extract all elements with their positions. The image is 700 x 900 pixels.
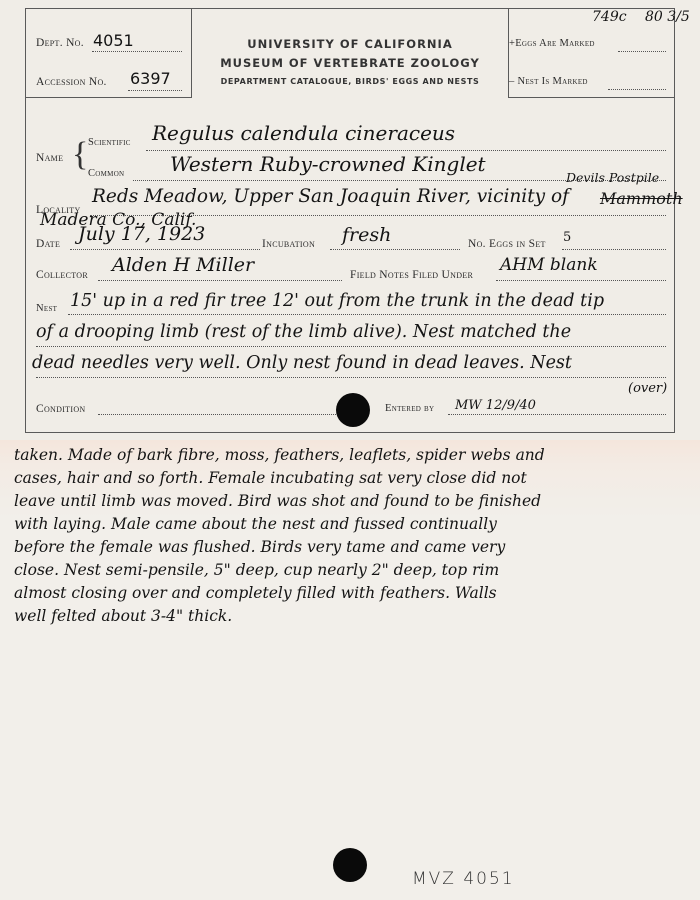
accession-no-line — [128, 90, 182, 91]
corner-note-2: 80 3/5 — [645, 9, 690, 25]
back-text-line-6: close. Nest semi-pensile, 5" deep, cup n… — [14, 561, 499, 579]
collector-line — [98, 280, 342, 281]
scientific-line — [146, 150, 666, 151]
collector-label: Collector — [36, 269, 88, 281]
back-text-line-1: taken. Made of bark fibre, moss, feather… — [14, 446, 545, 464]
common-name-value: Western Ruby-crowned Kinglet — [170, 152, 486, 176]
condition-label: Condition — [36, 403, 85, 415]
name-brace: { — [72, 138, 88, 172]
field-notes-line — [496, 280, 666, 281]
dept-no-line — [92, 51, 182, 52]
incubation-line — [330, 249, 460, 250]
back-text-line-3: leave until limb was moved. Bird was sho… — [14, 492, 541, 510]
accession-no-value: 6397 — [130, 69, 171, 88]
date-line — [70, 249, 260, 250]
scientific-name-value: Regulus calendula cineraceus — [152, 121, 455, 145]
dept-no-value: 4051 — [93, 31, 134, 50]
catalogue-title: DEPARTMENT CATALOGUE, BIRDS' EGGS AND NE… — [192, 77, 508, 86]
nest-label: Nest — [36, 303, 57, 314]
nest-line-1 — [68, 314, 666, 315]
scientific-label: Scientific — [88, 137, 131, 148]
nest-marked-line — [608, 89, 666, 90]
punch-hole-bottom — [333, 848, 367, 882]
back-text-line-2: cases, hair and so forth. Female incubat… — [14, 469, 527, 487]
back-text-line-5: before the female was flushed. Birds ver… — [14, 538, 505, 556]
date-label: Date — [36, 238, 60, 250]
eggs-in-set-value: 5 — [563, 230, 571, 245]
incubation-label: Incubation — [262, 238, 315, 250]
eggs-in-set-label: No. Eggs in Set — [468, 238, 546, 250]
back-text-line-8: well felted about 3-4" thick. — [14, 607, 232, 625]
entered-by-value: MW 12/9/40 — [455, 398, 536, 413]
locality-line1-value: Reds Meadow, Upper San Joaquin River, vi… — [92, 186, 569, 207]
institution-title: UNIVERSITY OF CALIFORNIA — [192, 37, 508, 51]
accession-no-label: Accession No. — [36, 76, 107, 88]
over-note: (over) — [628, 381, 667, 396]
museum-title: MUSEUM OF VERTEBRATE ZOOLOGY — [192, 56, 508, 70]
nest-line-2 — [36, 346, 666, 347]
eggs-marked-label: +Eggs Are Marked — [509, 38, 595, 49]
nest-marked-label: – Nest Is Marked — [509, 76, 588, 87]
date-value: July 17, 1923 — [78, 223, 205, 245]
collector-value: Alden H Miller — [112, 254, 254, 276]
nest-text-line-1: 15' up in a red fir tree 12' out from th… — [70, 291, 604, 311]
field-notes-label: Field Notes Filed Under — [350, 269, 473, 281]
eggs-in-set-line — [562, 249, 666, 250]
name-label: Name — [36, 152, 63, 164]
condition-line — [98, 414, 338, 415]
field-notes-value: AHM blank — [500, 255, 598, 275]
entered-by-line — [448, 414, 666, 415]
nest-line-3 — [36, 377, 666, 378]
back-text-line-4: with laying. Male came about the nest an… — [14, 515, 497, 533]
corner-note-1: 749c — [592, 9, 627, 25]
dept-no-label: Dept. No. — [36, 37, 84, 49]
common-label: Common — [88, 168, 124, 179]
catalog-stamp: MVZ 4051 — [412, 869, 515, 889]
back-text-line-7: almost closing over and completely fille… — [14, 584, 497, 602]
locality-struck-value: Mammoth — [600, 189, 683, 208]
incubation-value: fresh — [342, 224, 391, 246]
punch-hole-top — [336, 393, 370, 427]
nest-text-line-2: of a drooping limb (rest of the limb ali… — [36, 322, 571, 342]
eggs-marked-line — [618, 51, 666, 52]
nest-text-line-3: dead needles very well. Only nest found … — [32, 353, 572, 373]
entered-by-label: Entered by — [385, 403, 434, 414]
locality-insertion-value: Devils Postpile — [566, 170, 659, 185]
